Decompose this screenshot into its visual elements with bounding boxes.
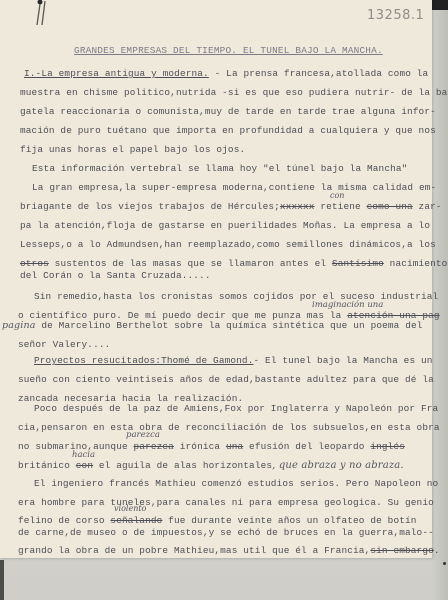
struck-text: xxxxxx <box>280 201 315 212</box>
text-line: I.-La empresa antigua y moderna. - La pr… <box>24 68 428 79</box>
struck-text: señalando <box>110 515 162 526</box>
text-line: briagante de los viejos trabajos de Hérc… <box>20 201 442 212</box>
text-line: sueño con ciento veintiseis años de edad… <box>18 374 434 385</box>
text-line: muestra en chisme politico,nutrida -si e… <box>20 87 447 98</box>
text-line: grando la obra de un pobre Mathieu,mas u… <box>18 545 440 556</box>
struck-text: una <box>226 441 243 452</box>
text-line: Poco después de la paz de Amiens,Fox por… <box>34 403 438 414</box>
text-line: pa la atención,floja de gastarse en puer… <box>20 220 430 231</box>
section-heading: I.-La empresa antigua y moderna. <box>24 68 209 79</box>
text-line: fija unas horas el papel bajo los ojos. <box>20 144 245 155</box>
archive-number: 13258.1 <box>367 8 424 23</box>
text-line: El ingeniero francés Mathieu comenzó est… <box>34 478 438 489</box>
text-line: Proyectos resucitados:Thomé de Gamond.- … <box>34 355 433 366</box>
text-line: mación de puro tuétano que importa en pr… <box>20 125 436 136</box>
text-line: señor Valery.... <box>18 339 110 350</box>
dust-speck <box>443 562 446 565</box>
text-line: Lesseps,o a lo Admundsen,han reemplazado… <box>20 239 436 250</box>
text-line: otros sustentos de las masas que se llam… <box>20 258 447 269</box>
struck-text: como una <box>367 201 413 212</box>
struck-text: sin embargo <box>370 545 434 556</box>
text-line: gatela reaccionaria o comunista,muy de t… <box>20 106 436 117</box>
struck-text: inglés <box>370 441 405 452</box>
struck-text: con <box>76 460 93 471</box>
handwritten-addition: , que abraza y no abraza. <box>272 460 404 471</box>
text-line: cia,pensaron en esta obra de reconciliac… <box>18 422 440 433</box>
scanner-corner <box>432 0 448 10</box>
text-line: felino de corso señalando fue durante ve… <box>18 515 417 526</box>
text-line: era hombre para tuneles,para canales ni … <box>18 497 434 508</box>
struck-text: parezca <box>134 441 174 452</box>
text-line: La gran empresa,la super-empresa moderna… <box>32 182 436 193</box>
document-title: GRANDES EMPRESAS DEL TIEMPO. EL TUNEL BA… <box>74 45 383 56</box>
handwritten-insertion: hacia <box>72 450 95 460</box>
handwritten-insertion: imaginación una <box>312 300 383 310</box>
text-line: de carne,de museo o de impuestos,y se ec… <box>18 527 434 538</box>
handwritten-insertion: violento <box>114 504 146 513</box>
section-heading: Proyectos resucitados:Thomé de Gamond. <box>34 355 254 366</box>
struck-text: otros <box>20 258 49 269</box>
text-line: pagina de Marcelino Berthelot sobre la q… <box>2 320 423 331</box>
text-line: británico con el aguila de alas horizont… <box>18 460 404 471</box>
handwritten-insertion: parezca <box>126 430 160 440</box>
pen-marks-icon <box>34 0 50 26</box>
handwritten-insertion: con <box>330 191 344 200</box>
struck-text: Santísimo <box>332 258 384 269</box>
text-line: Esta información vertebral se llama hoy … <box>32 163 407 174</box>
text-line: del Corán o la Santa Cruzada..... <box>20 270 211 281</box>
scanner-edge-left <box>0 560 4 600</box>
typewritten-page: 13258.1 GRANDES EMPRESAS DEL TIEMPO. EL … <box>0 0 432 558</box>
handwritten-margin: pagina <box>2 320 36 331</box>
